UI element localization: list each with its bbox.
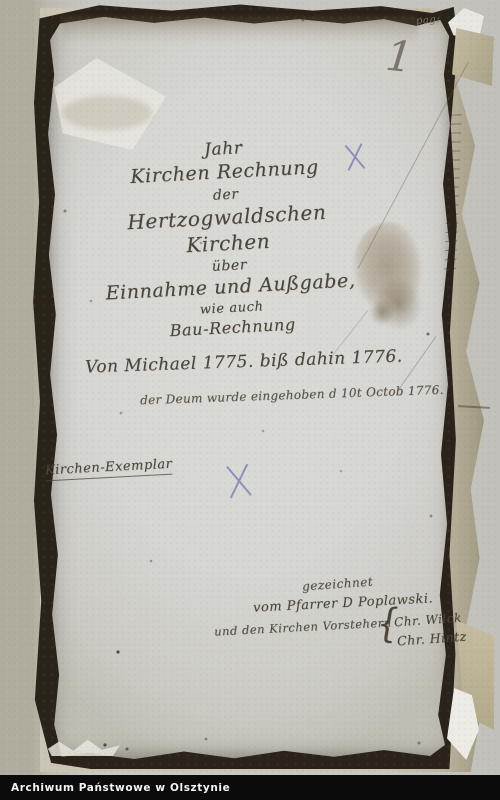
archive-scan-viewer: pag: 1 Jahr Kirchen Rechnung der Hertzog…: [0, 0, 500, 800]
top-edge-smudge: [62, 17, 418, 43]
corner-smudge: [62, 96, 152, 130]
pagination-label: pag:: [416, 14, 441, 27]
blue-x-pencil-mark: [226, 462, 250, 500]
title-block: Jahr Kirchen Rechnung der Hertzogwaldsch…: [83, 131, 373, 346]
paper-specks: [0, 0, 2, 2]
archive-footer-bar: Archiwum Państwowe w Olsztynie: [0, 775, 500, 800]
archive-name-label: Archiwum Państwowe w Olsztynie: [0, 782, 230, 794]
page-number: 1: [384, 31, 416, 83]
